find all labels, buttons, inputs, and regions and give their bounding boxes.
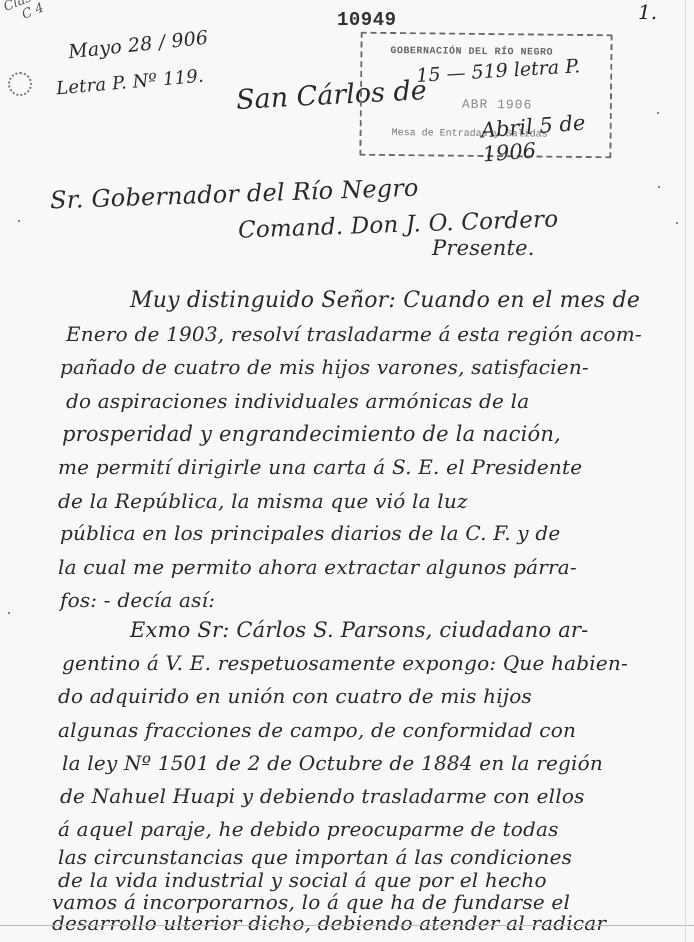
margin-classification-note: Clase C 4 xyxy=(2,0,46,28)
stamp-office-name: GOBERNACIÓN DEL RÍO NEGRO xyxy=(390,46,553,59)
body-line: gentino á V. E. respetuosamente expongo:… xyxy=(62,651,628,675)
body-line: pública en los principales diarios de la… xyxy=(60,521,560,545)
body-line: á aquel paraje, he debido preocuparme de… xyxy=(58,817,559,841)
scanned-letter-page: Clase C 4 Mayo 28 / 906 Letra P. Nº 119.… xyxy=(0,0,694,942)
scan-speck xyxy=(676,222,678,224)
document-number: 10949 xyxy=(337,9,397,31)
header-letter-reference: Letra P. Nº 119. xyxy=(55,66,204,100)
body-line: desarrollo ulterior dicho, debiendo aten… xyxy=(52,911,606,935)
body-line: fos: - decía así: xyxy=(60,588,215,612)
header-date-note: Mayo 28 / 906 xyxy=(67,27,209,64)
circular-seal-icon xyxy=(8,72,32,96)
page-right-edge xyxy=(685,0,686,942)
body-line: do adquirido en unión con cuatro de mis … xyxy=(58,684,532,708)
body-line: de la vida industrial y social á que por… xyxy=(58,868,547,892)
body-line: Muy distinguido Señor: Cuando en el mes … xyxy=(130,288,640,313)
body-line: Exmo Sr: Cárlos S. Parsons, ciudadano ar… xyxy=(130,618,588,642)
body-line: algunas fracciones de campo, de conformi… xyxy=(58,718,576,742)
body-line: la cual me permito ahora extractar algun… xyxy=(58,555,577,579)
stamp-handwritten-date: Abril 5 de 1906 xyxy=(480,109,611,167)
body-line: de la República, la misma que vió la luz xyxy=(58,489,468,513)
scan-speck xyxy=(657,112,659,114)
page-bottom-edge xyxy=(0,925,694,926)
scan-speck xyxy=(658,186,660,188)
body-line: la ley Nº 1501 de 2 de Octubre de 1884 e… xyxy=(62,751,603,775)
addressee-line-3: Presente. xyxy=(432,236,535,260)
scan-speck xyxy=(18,220,20,222)
body-line: Enero de 1903, resolví trasladarme á est… xyxy=(66,322,642,346)
page-number: 1. xyxy=(638,0,657,24)
body-line: do aspiraciones individuales armónicas d… xyxy=(66,389,529,413)
stamp-date: ABR 1906 xyxy=(462,97,533,113)
body-line: de Nahuel Huapi y debiendo trasladarme c… xyxy=(60,784,585,808)
addressee-line-1: Sr. Gobernador del Río Negro xyxy=(50,174,419,215)
body-line: me permití dirigirle una carta á S. E. e… xyxy=(58,455,582,479)
body-line: las circunstancias que importan á las co… xyxy=(58,845,572,869)
body-line: pañado de cuatro de mis hijos varones, s… xyxy=(60,355,589,379)
body-line: prosperidad y engrandecimiento de la nac… xyxy=(62,422,561,446)
scan-speck xyxy=(8,612,10,614)
stamp-handwritten-entry: 15 — 519 letra P. xyxy=(416,55,581,87)
registry-stamp: GOBERNACIÓN DEL RÍO NEGRO 15 — 519 letra… xyxy=(359,32,612,159)
